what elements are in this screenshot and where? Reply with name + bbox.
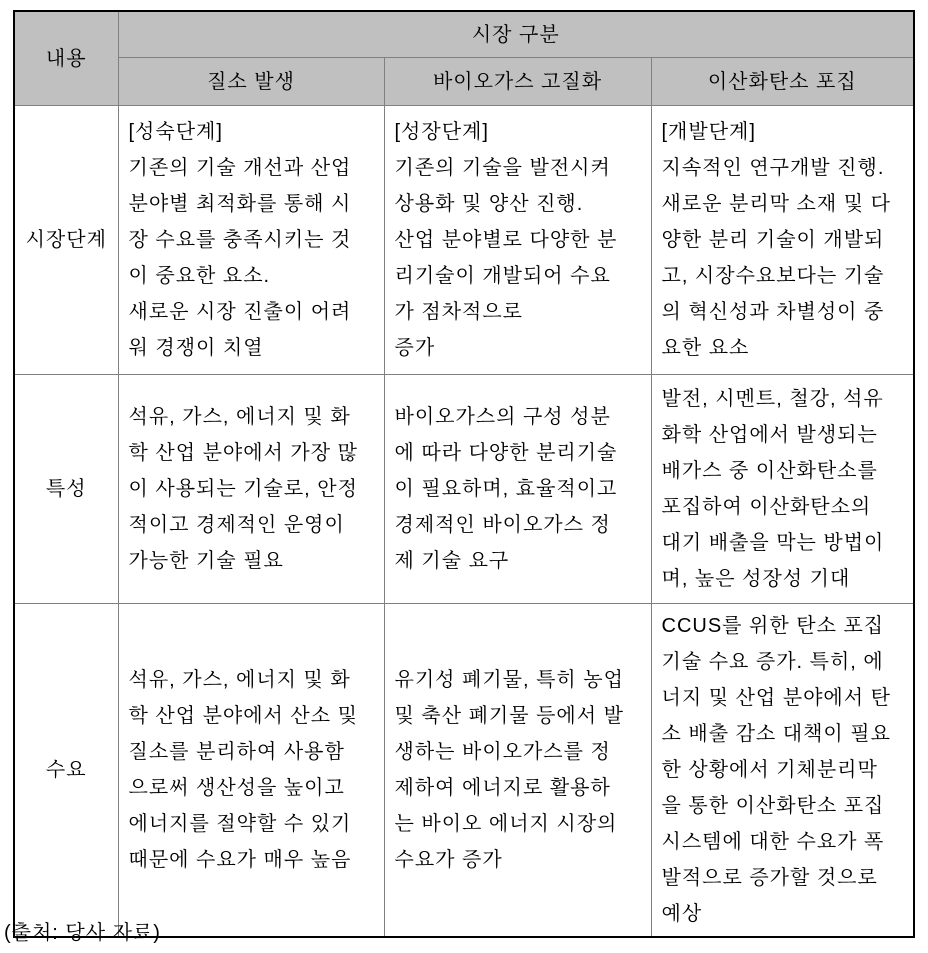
cell-text: 유기성 폐기물, 특히 농업 및 축산 폐기물 등에서 발 생하는 바이오가스를… (395, 662, 641, 878)
col-header-co2: 이산화탄소 포집 (651, 58, 914, 106)
table-row-market-stage: 시장단계 [성숙단계] 기존의 기술 개선과 산업 분야별 최적화를 통해 시 … (14, 106, 914, 375)
content-cell: [성숙단계] 기존의 기술 개선과 산업 분야별 최적화를 통해 시 장 수요를… (118, 106, 384, 375)
content-cell: 바이오가스의 구성 성분 에 따라 다양한 분리기술 이 필요하며, 효율적이고… (384, 375, 651, 604)
cell-text: 바이오가스의 구성 성분 에 따라 다양한 분리기술 이 필요하며, 효율적이고… (395, 399, 641, 579)
content-cell: [개발단계] 지속적인 연구개발 진행. 새로운 분리막 소재 및 다 양한 분… (651, 106, 914, 375)
table-group-header-row: 내용 시장 구분 (14, 11, 914, 58)
content-cell: 발전, 시멘트, 철강, 석유 화학 산업에서 발생되는 배가스 중 이산화탄소… (651, 375, 914, 604)
corner-header-cell: 내용 (14, 11, 118, 106)
cell-text: [성숙단계] 기존의 기술 개선과 산업 분야별 최적화를 통해 시 장 수요를… (129, 114, 374, 366)
content-cell: 석유, 가스, 에너지 및 화 학 산업 분야에서 가장 많 이 사용되는 기술… (118, 375, 384, 604)
table-row-demand: 수요 석유, 가스, 에너지 및 화 학 산업 분야에서 산소 및 질소를 분리… (14, 604, 914, 938)
cell-text: [개발단계] 지속적인 연구개발 진행. 새로운 분리막 소재 및 다 양한 분… (662, 114, 904, 366)
cell-text: 석유, 가스, 에너지 및 화 학 산업 분야에서 산소 및 질소를 분리하여 … (129, 662, 374, 878)
cell-text: 발전, 시멘트, 철강, 석유 화학 산업에서 발생되는 배가스 중 이산화탄소… (662, 381, 904, 597)
group-header-cell: 시장 구분 (118, 11, 914, 58)
content-cell: 석유, 가스, 에너지 및 화 학 산업 분야에서 산소 및 질소를 분리하여 … (118, 604, 384, 938)
row-label-demand: 수요 (14, 604, 118, 938)
content-cell: 유기성 폐기물, 특히 농업 및 축산 폐기물 등에서 발 생하는 바이오가스를… (384, 604, 651, 938)
table-column-header-row: 질소 발생 바이오가스 고질화 이산화탄소 포집 (14, 58, 914, 106)
col-header-nitrogen: 질소 발생 (118, 58, 384, 106)
source-note: (출처: 당사 자료) (4, 916, 161, 945)
document-page: 내용 시장 구분 질소 발생 바이오가스 고질화 이산화탄소 포집 시장단계 [… (0, 0, 928, 953)
cell-text: CCUS를 위한 탄소 포집 기술 수요 증가. 특히, 에 너지 및 산업 분… (662, 608, 904, 932)
cell-text: 석유, 가스, 에너지 및 화 학 산업 분야에서 가장 많 이 사용되는 기술… (129, 399, 374, 579)
row-label-market-stage: 시장단계 (14, 106, 118, 375)
col-header-biogas: 바이오가스 고질화 (384, 58, 651, 106)
market-segment-table: 내용 시장 구분 질소 발생 바이오가스 고질화 이산화탄소 포집 시장단계 [… (13, 10, 915, 938)
row-label-traits: 특성 (14, 375, 118, 604)
cell-text: [성장단계] 기존의 기술을 발전시켜 상용화 및 양산 진행. 산업 분야별로… (395, 114, 641, 366)
table-row-traits: 특성 석유, 가스, 에너지 및 화 학 산업 분야에서 가장 많 이 사용되는… (14, 375, 914, 604)
content-cell: CCUS를 위한 탄소 포집 기술 수요 증가. 특히, 에 너지 및 산업 분… (651, 604, 914, 938)
content-cell: [성장단계] 기존의 기술을 발전시켜 상용화 및 양산 진행. 산업 분야별로… (384, 106, 651, 375)
